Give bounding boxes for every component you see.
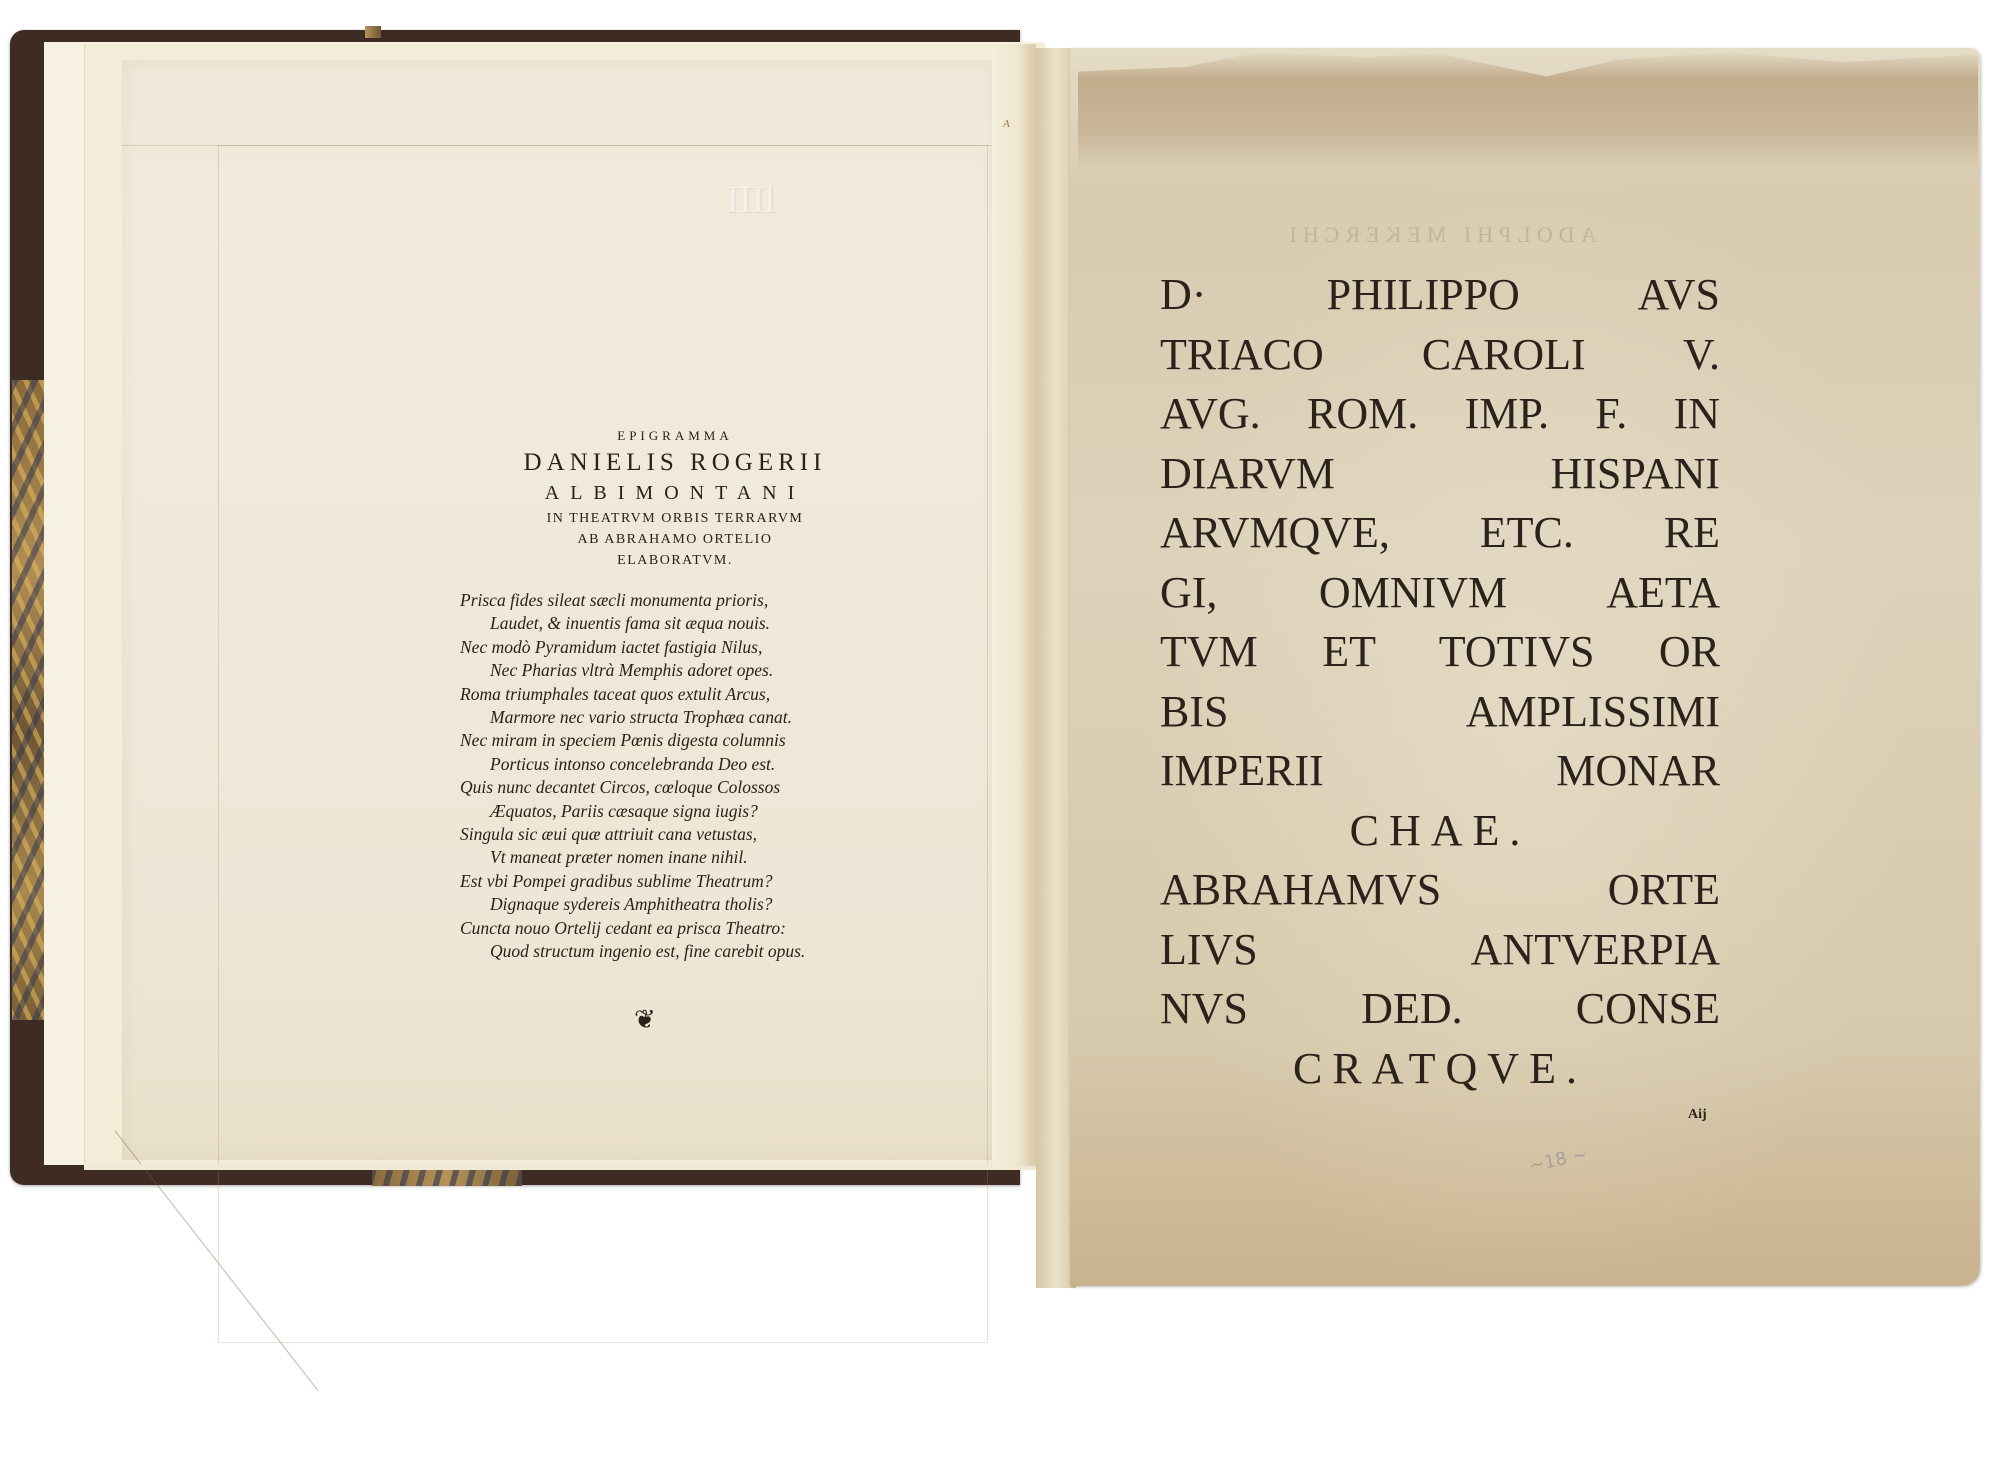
dedication-line: AVG. ROM. IMP. F. IN (1160, 384, 1720, 444)
dedication-line: CHAE. (1160, 801, 1720, 861)
dedication-line: ARVMQVE, ETC. RE (1160, 503, 1720, 563)
dedication-line: DIARVM HISPANI (1160, 444, 1720, 504)
author-origin: ALBIMONTANI (440, 480, 910, 506)
dedication-line: BIS AMPLISSIMI (1160, 682, 1720, 742)
dedication-line: LIVS ANTVERPIA (1160, 920, 1720, 980)
page-edge-bottom (84, 1164, 1044, 1170)
verse-line: Nec miram in speciem Pœnis digesta colum… (460, 729, 910, 752)
epigram-heading: EPIGRAMMA (440, 428, 910, 444)
dedication-line: GI, OMNIVM AETA (1160, 563, 1720, 623)
verse-line: Est vbi Pompei gradibus sublime Theatrum… (460, 870, 910, 893)
verse-line: Singula sic æui quæ attriuit cana vetust… (460, 823, 910, 846)
signature-mark: Aij (1688, 1107, 1707, 1123)
marbled-board-edge (12, 380, 45, 1020)
fleuron-ornament-icon: ❦ (634, 1005, 656, 1035)
verse-line: Roma triumphales taceat quos extulit Arc… (460, 683, 910, 706)
verse-line: Marmore nec vario structa Trophæa canat. (460, 706, 910, 729)
margin-letter: A (1003, 118, 1010, 130)
gutter-fold (992, 44, 1036, 1166)
subtitle-line: IN THEATRVM ORBIS TERRARVM (440, 508, 910, 529)
dedication-line: CRATQVE. (1160, 1039, 1720, 1099)
verse-line: Quis nunc decantet Circos, cœloque Colos… (460, 776, 910, 799)
verse-line: Quod structum ingenio est, fine carebit … (460, 940, 910, 963)
verse-line: Cuncta nouo Ortelij cedant ea prisca The… (460, 917, 910, 940)
verse-line: Dignaque sydereis Amphitheatra tholis? (460, 893, 910, 916)
verse-block: Prisca fides sileat sæcli monumenta prio… (440, 589, 910, 964)
dedication-line: TRIACO CAROLI V. (1160, 325, 1720, 385)
verse-line: Prisca fides sileat sæcli monumenta prio… (460, 589, 910, 612)
author-name: DANIELIS ROGERII (440, 448, 910, 478)
dedication-line: NVS DED. CONSE (1160, 979, 1720, 1039)
verse-line: Vt maneat præter nomen inane nihil. (460, 846, 910, 869)
verse-line: Nec modò Pyramidum iactet fastigia Nilus… (460, 636, 910, 659)
dedication: D· PHILIPPO AVS TRIACO CAROLI V. AVG. RO… (1160, 265, 1720, 1098)
dedication-line: IMPERII MONAR (1160, 741, 1720, 801)
dedication-line: D· PHILIPPO AVS (1160, 265, 1720, 325)
marbled-board-top (365, 26, 381, 38)
embossed-ghost-letters: IIIl (727, 178, 776, 222)
verse-line: Porticus intonso concelebranda Deo est. (460, 753, 910, 776)
showthrough-text: ADOLPHI MEKERCHI (1180, 222, 1700, 248)
verse-line: Nec Pharias vltrà Memphis adoret opes. (460, 659, 910, 682)
verse-line: Æquatos, Pariis cæsaque signa iugis? (460, 800, 910, 823)
epigram: EPIGRAMMA DANIELIS ROGERII ALBIMONTANI I… (440, 428, 910, 964)
dedication-line: TVM ET TOTIVS OR (1160, 622, 1720, 682)
verse-line: Laudet, & inuentis fama sit æqua nouis. (460, 612, 910, 635)
dedication-line: ABRAHAMVS ORTE (1160, 860, 1720, 920)
subtitle-line: AB ABRAHAMO ORTELIO (440, 529, 910, 550)
subtitle-line: ELABORATVM. (440, 550, 910, 571)
